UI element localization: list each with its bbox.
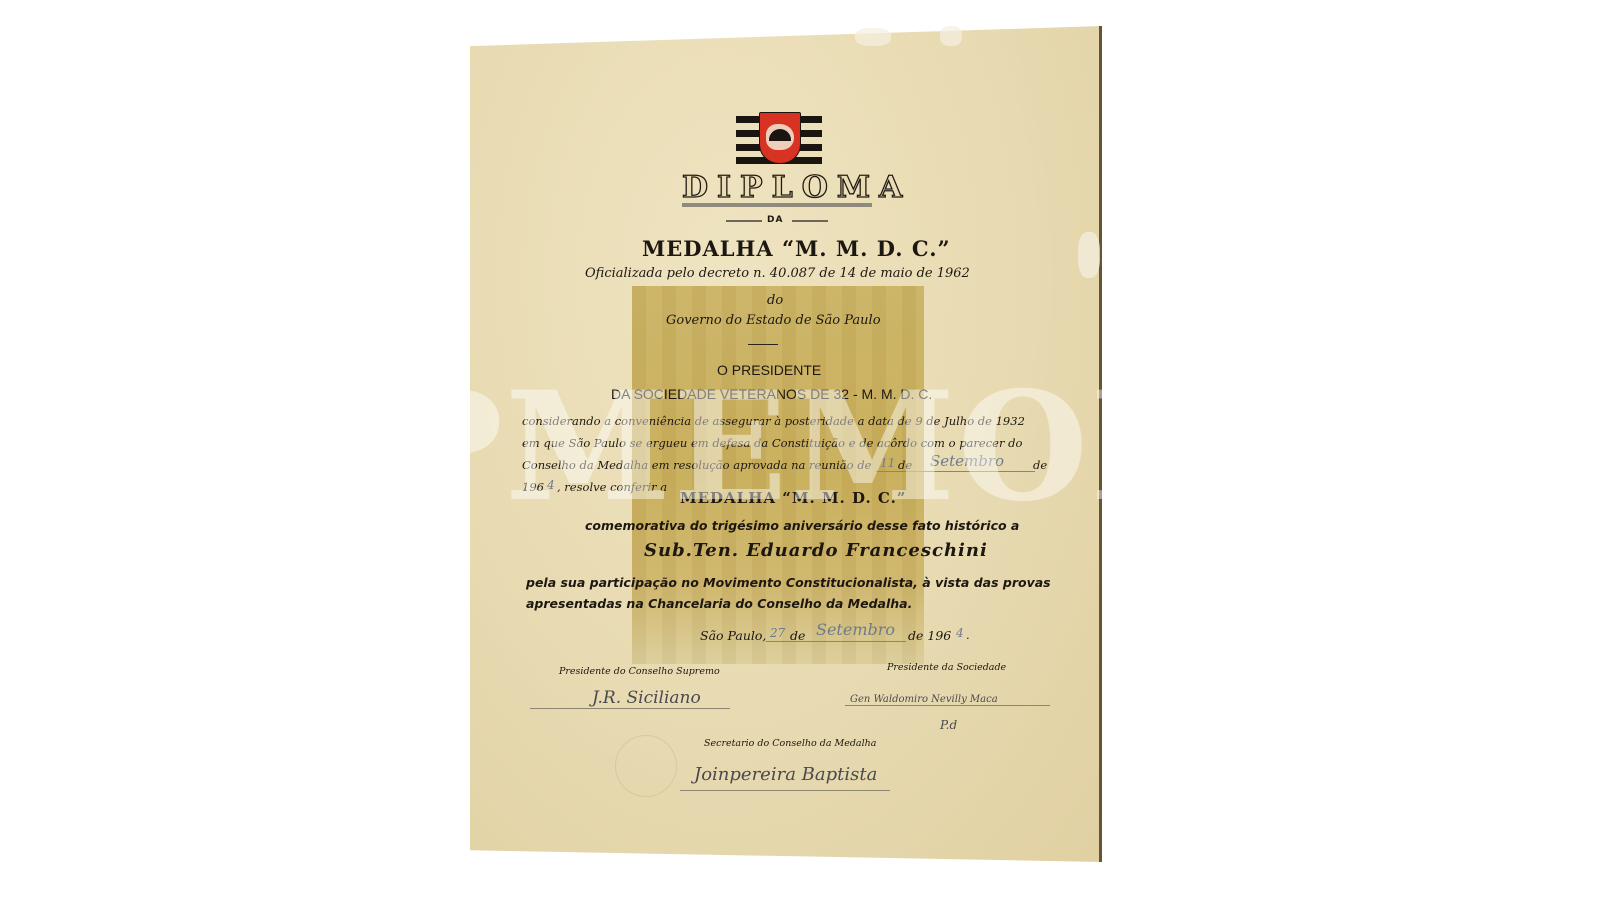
bottom-signatory-label: Secretario do Conselho da Medalha bbox=[704, 738, 876, 749]
president-heading: O PRESIDENTE bbox=[717, 362, 821, 378]
signature-line bbox=[530, 708, 730, 709]
recipient-name: Sub.Ten. Eduardo Franceschini bbox=[644, 540, 988, 561]
ornament-rule bbox=[792, 220, 828, 222]
right-initials: P.d bbox=[940, 718, 957, 732]
watermark-letter: M bbox=[150, 359, 318, 535]
medal-heading: MEDALHA “M. M. D. C.” bbox=[642, 236, 951, 261]
handwritten-meeting-month: Setembro bbox=[930, 452, 1004, 470]
ornament-rule bbox=[726, 220, 762, 222]
body-line-2: em que São Paulo se ergueu em defesa da … bbox=[522, 436, 1022, 450]
handwritten-meeting-day: 11 bbox=[880, 456, 895, 470]
government-line: Governo do Estado de São Paulo bbox=[666, 313, 881, 328]
left-signature: J.R. Siciliano bbox=[592, 688, 701, 708]
year-prefix: 196 bbox=[522, 480, 544, 494]
decree-line: Oficializada pelo decreto n. 40.087 de 1… bbox=[585, 266, 970, 281]
shield-icon bbox=[759, 112, 801, 164]
resolve-text: , resolve conferir a bbox=[557, 480, 667, 494]
bottom-signature: Joinpereira Baptista bbox=[694, 764, 877, 785]
watermark-letter: B bbox=[1335, 359, 1464, 535]
ornament-divider bbox=[748, 344, 778, 345]
do-line: do bbox=[767, 293, 783, 308]
fill-line bbox=[875, 471, 1035, 472]
embossed-seal bbox=[615, 735, 677, 797]
participation-line-2: apresentadas na Chancelaria do Conselho … bbox=[526, 596, 912, 611]
watermark-letter: I bbox=[318, 359, 390, 535]
medal-heading-2: MEDALHA “M. M. D. C.” bbox=[680, 489, 906, 507]
participation-line-1: pela sua participação no Movimento Const… bbox=[526, 575, 1051, 590]
de-text: de bbox=[898, 458, 912, 472]
watermark-letter: L bbox=[1536, 359, 1600, 535]
paper-edge bbox=[1099, 26, 1102, 862]
signature-line bbox=[680, 790, 890, 791]
body-line-1: considerando a conveniência de assegurar… bbox=[522, 414, 1025, 428]
title-underline bbox=[682, 203, 872, 207]
year-label: de 196 bbox=[908, 628, 951, 643]
fill-line bbox=[766, 641, 906, 642]
handwritten-month: Setembro bbox=[816, 620, 895, 639]
handwritten-day: 27 bbox=[770, 626, 785, 640]
handwritten-year-digit: 4 bbox=[956, 626, 964, 640]
paper-stain bbox=[855, 28, 891, 46]
signature-line bbox=[845, 705, 1050, 706]
right-signatory-label: Presidente da Sociedade bbox=[887, 662, 1006, 673]
watermark-letter: I bbox=[1464, 359, 1536, 535]
period: . bbox=[966, 628, 970, 642]
paper-stain bbox=[1078, 232, 1100, 278]
watermark-letter: A bbox=[1217, 359, 1335, 535]
left-signatory-label: Presidente do Conselho Supremo bbox=[559, 666, 720, 677]
da-label: DA bbox=[767, 215, 783, 225]
society-crest bbox=[736, 114, 822, 164]
diploma-title: DIPLOMA bbox=[682, 170, 911, 205]
society-heading: DA SOCIEDADE VETERANOS DE 32 - M. M. D. … bbox=[611, 386, 932, 402]
place-label: São Paulo, bbox=[700, 628, 766, 643]
right-signature: Gen Waldomiro Nevilly Maca bbox=[850, 694, 998, 705]
body-line-3: Conselho da Medalha em resolução aprovad… bbox=[522, 458, 871, 472]
handwritten-year-digit: 4 bbox=[547, 478, 555, 492]
watermark-letter: R bbox=[1090, 359, 1217, 535]
paper-stain bbox=[940, 26, 962, 46]
commemorative-line: comemorativa do trigésimo aniversário de… bbox=[585, 518, 1019, 533]
de-text: de bbox=[1033, 458, 1047, 472]
